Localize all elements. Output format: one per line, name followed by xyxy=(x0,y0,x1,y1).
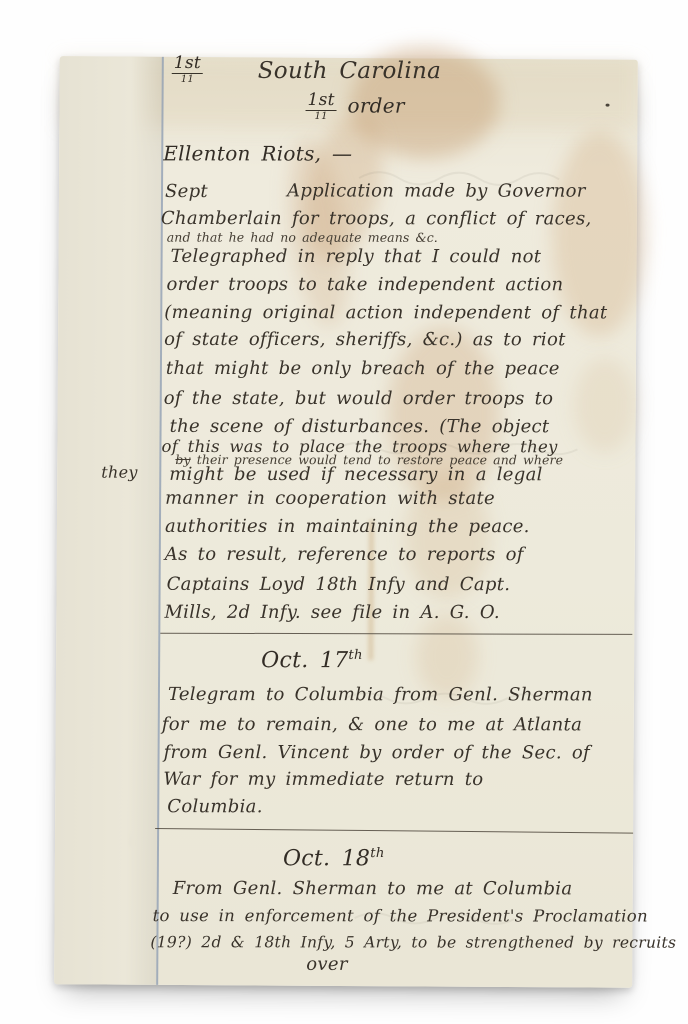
manuscript-line: As to result, reference to reports of xyxy=(165,544,524,565)
left-margin-fold xyxy=(54,56,162,985)
section-divider-2 xyxy=(155,828,633,834)
manuscript-line: might be used if necessary in a legal xyxy=(169,464,542,485)
subject-line: Ellenton Riots, — xyxy=(163,141,352,165)
manuscript-line: for me to remain, & one to me at Atlanta xyxy=(162,714,582,735)
manuscript-line: Telegram to Columbia from Genl. Sherman xyxy=(168,684,593,705)
manuscript-line: Captains Loyd 18th Infy and Capt. xyxy=(167,574,511,595)
section-heading-oct-18: Oct. 18th xyxy=(283,846,385,871)
page-number-top: 1st xyxy=(172,55,203,74)
manuscript-line: Mills, 2d Infy. see file in A. G. O. xyxy=(164,602,499,623)
state-title: South Carolina xyxy=(258,58,441,84)
heading-date: Oct. 18 xyxy=(283,846,370,871)
manuscript-line: of state officers, sheriffs, &c.) as to … xyxy=(164,329,566,350)
manuscript-page: 1st11 South Carolina 1st11 order Ellento… xyxy=(54,56,638,988)
heading-date: Oct. 17 xyxy=(261,648,348,673)
page-number-fraction: 1st11 xyxy=(172,55,203,85)
order-fraction-top: 1st xyxy=(306,92,337,111)
manuscript-line: Telegraphed in reply that I could not xyxy=(171,246,542,267)
manuscript-line: from Genl. Vincent by order of the Sec. … xyxy=(164,742,590,763)
manuscript-line: to use in enforcement of the President's… xyxy=(153,906,648,925)
section-divider-1 xyxy=(160,633,632,635)
order-label: order xyxy=(347,94,404,118)
page-number-bottom: 11 xyxy=(181,75,194,85)
heading-ordinal: th xyxy=(348,648,362,663)
manuscript-line: that might be only breach of the peace xyxy=(166,358,560,379)
manuscript-line: Chamberlain for troops, a conflict of ra… xyxy=(161,208,592,229)
manuscript-line: of the state, but would order troops to xyxy=(164,388,554,409)
order-fraction-bottom: 11 xyxy=(314,112,327,122)
ink-dot xyxy=(606,104,610,107)
interline-insertion: and that he had no adequate means &c. xyxy=(167,230,438,245)
manuscript-line: From Genl. Sherman to me at Columbia xyxy=(173,878,573,899)
manuscript-line: Application made by Governor xyxy=(287,180,586,201)
manuscript-line: the scene of disturbances. (The object xyxy=(170,416,550,437)
manuscript-line: order troops to take independent action xyxy=(166,274,563,295)
manuscript-line: War for my immediate return to xyxy=(163,769,483,790)
page-turn-word: over xyxy=(306,954,347,975)
heading-ordinal: th xyxy=(370,846,384,861)
photograph-background: 1st11 South Carolina 1st11 order Ellento… xyxy=(0,0,688,1024)
manuscript-line: authorities in maintaining the peace. xyxy=(165,516,530,537)
manuscript-line: manner in cooperation with state xyxy=(165,488,495,509)
manuscript-line: Columbia. xyxy=(167,796,262,817)
manuscript-line: (meaning original action independent of … xyxy=(164,302,607,323)
section-heading-oct-17: Oct. 17th xyxy=(261,648,363,673)
month-label: Sept xyxy=(165,181,208,202)
order-title: 1st11 order xyxy=(306,92,405,122)
margin-word: they xyxy=(101,463,137,482)
manuscript-line: (19?) 2d & 18th Infy, 5 Arty, to be stre… xyxy=(150,933,676,951)
